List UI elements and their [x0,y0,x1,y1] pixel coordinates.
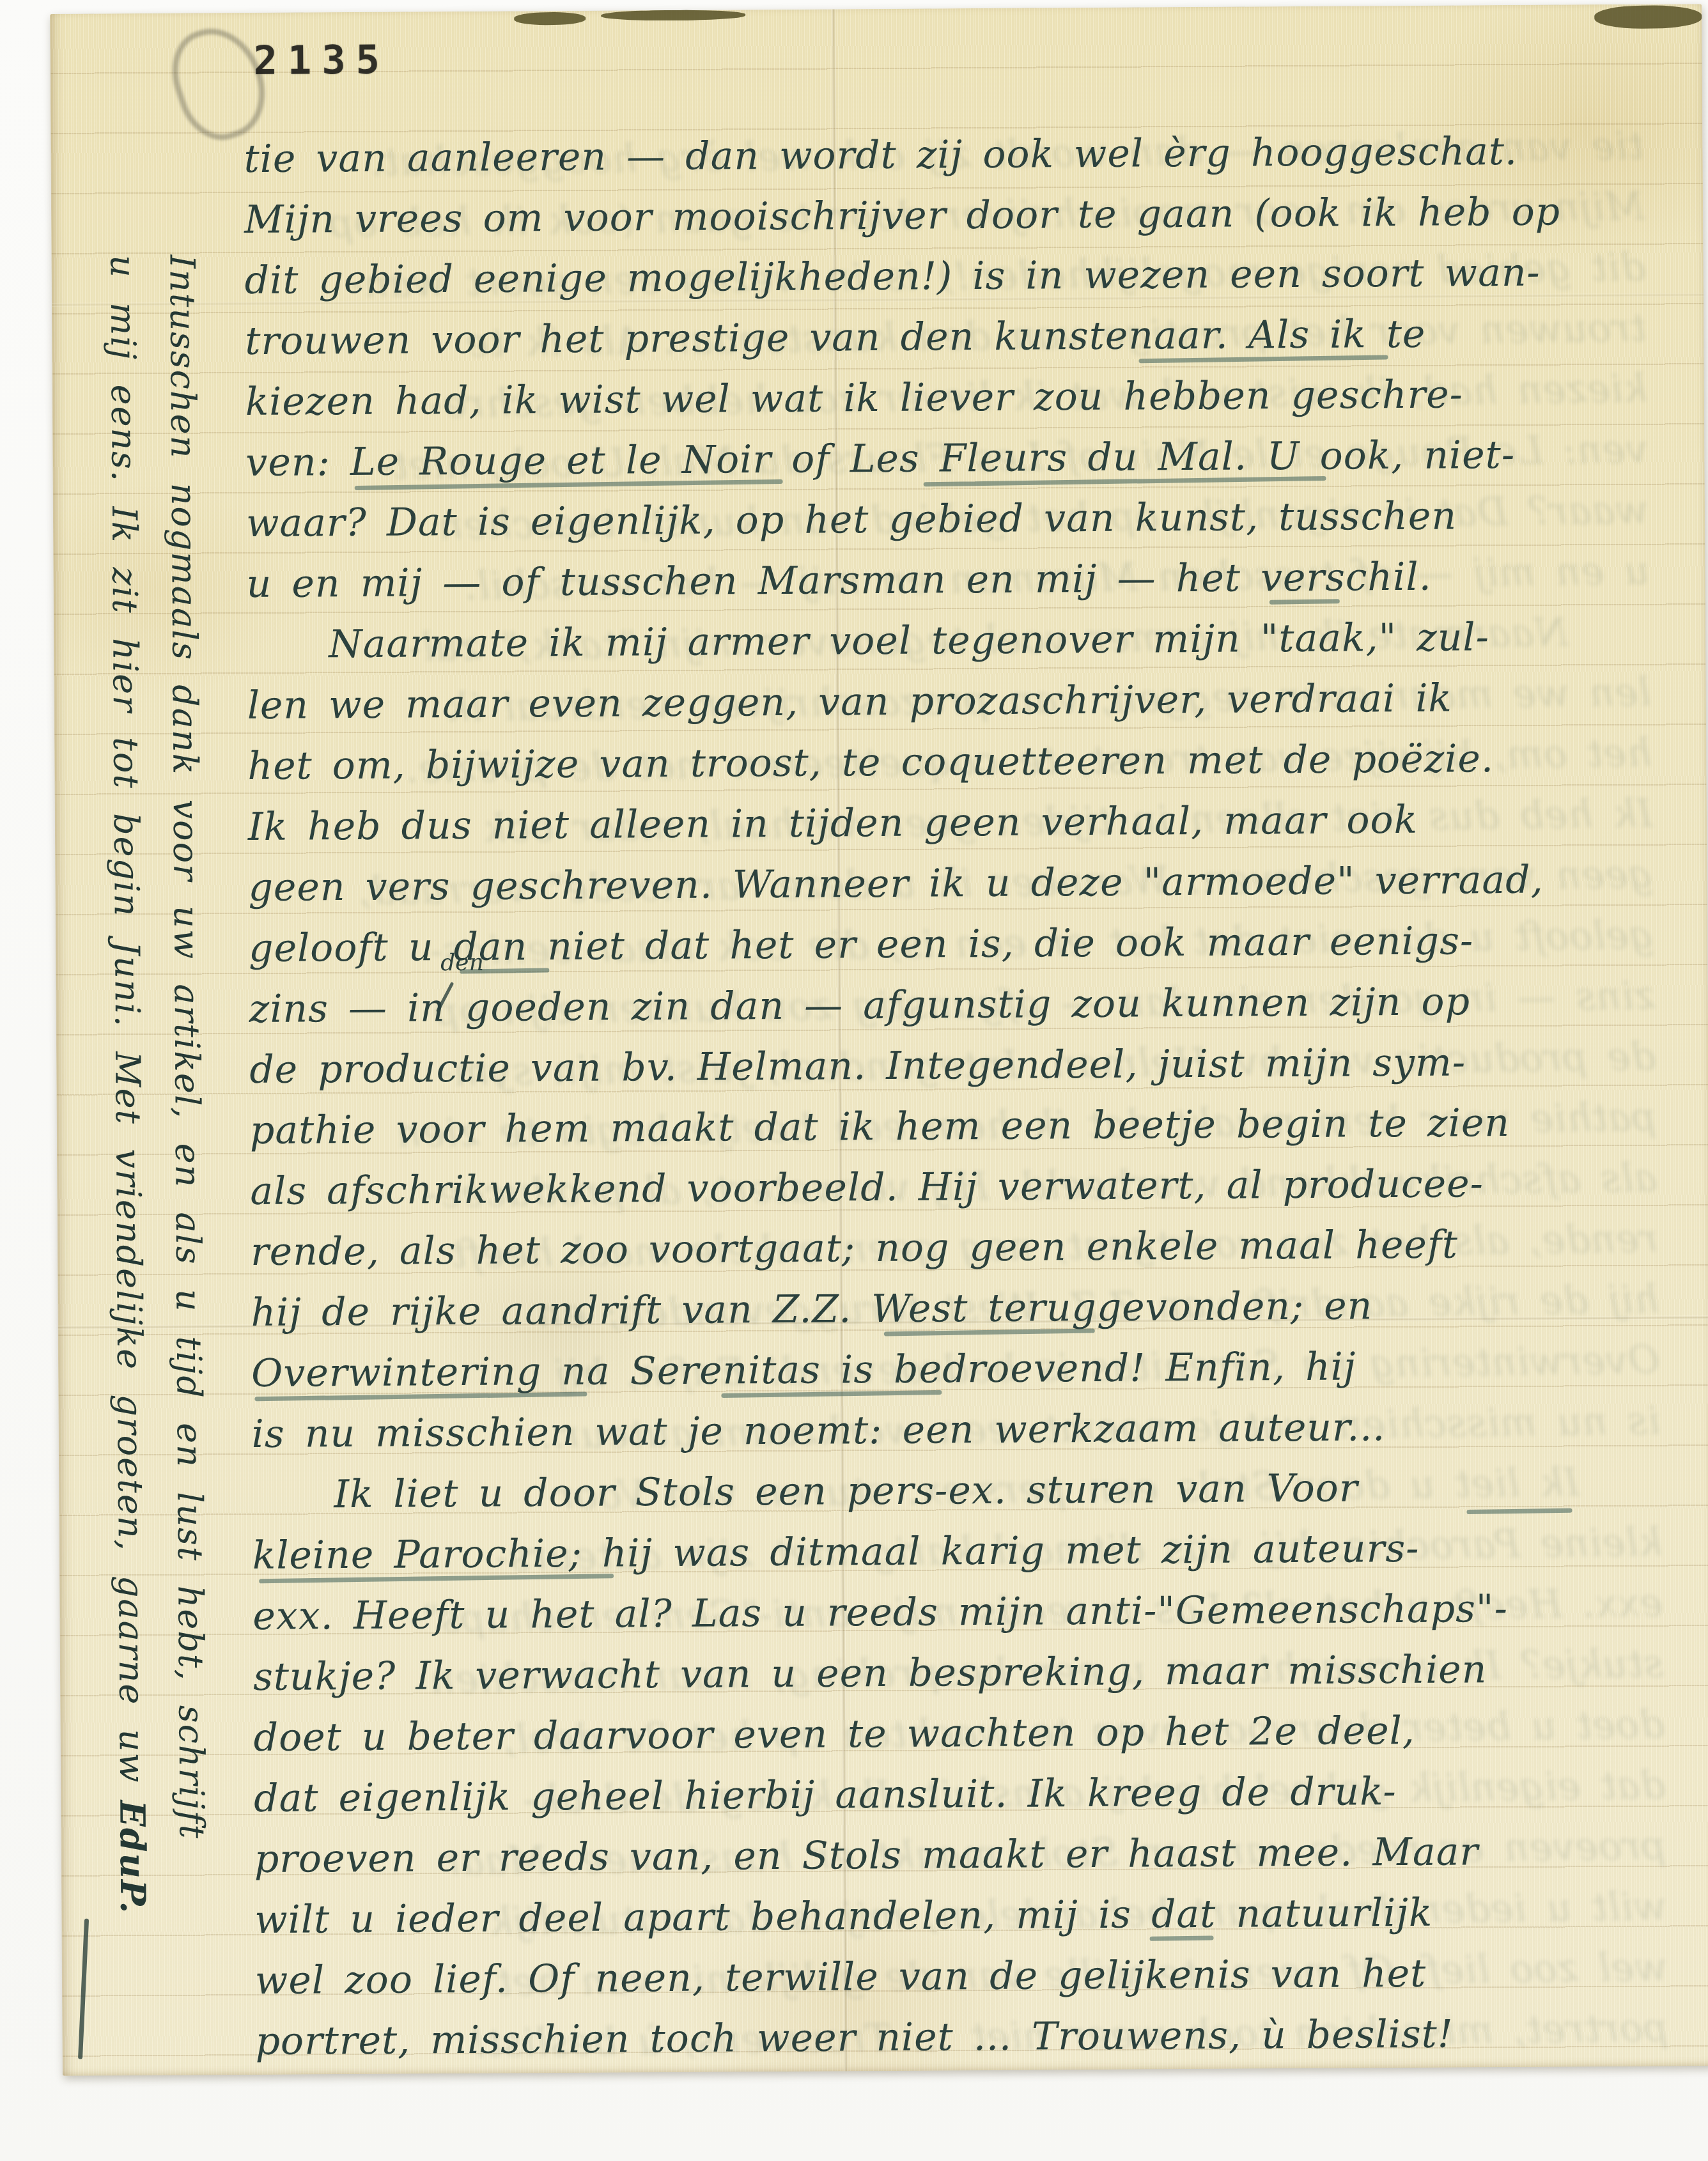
letter-line: is nu misschien wat je noemt: een werkza… [251,1396,1658,1465]
letter-line: waar? Dat is eigenlijk, op het gebied va… [246,485,1653,554]
letter-line: portret, misschien toch weer niet ... Tr… [255,2003,1662,2072]
letter-line: proeven er reeds van, en Stols maakt er … [254,1821,1661,1890]
letter-line-paragraph-start: Naarmate ik mij armer voel tegenover mij… [247,607,1654,676]
margin-line: u mij eens. Ik zit hier tot begin Juni. … [93,255,163,1994]
letter-line: Ik heb dus niet alleen in tijden geen ve… [248,789,1655,858]
letter-text: tie van aanleeren — dan wordt zij ook we… [244,121,1662,2072]
letter-page: 2135 tie van aanleeren — dan wordt zij o… [50,4,1708,2076]
archive-stamp: 2135 [253,36,390,84]
letter-line: ven: Le Rouge et le Noir of Les Fleurs d… [245,424,1652,493]
letter-line: stukje? Ik verwacht van u een bespreking… [253,1639,1660,1708]
signature-underline-stroke [78,1919,89,2059]
letter-line: kleine Parochie; hij was ditmaal karig m… [252,1517,1659,1586]
letter-line: tie van aanleeren — dan wordt zij ook we… [244,121,1650,190]
letter-line: kiezen had, ik wist wel wat ik liever zo… [245,364,1652,433]
edge-stain [514,12,586,26]
margin-note: Intusschen nogmaals dank voor uw artikel… [93,254,222,1994]
letter-line: doet u beter daarvoor even te wachten op… [253,1700,1660,1769]
letter-line: Mijn vrees om voor mooischrijver door te… [244,182,1651,251]
letter-line: trouwen voor het prestige van den kunste… [245,303,1652,372]
letter-line: Overwintering na Serenitas is bedroevend… [251,1335,1658,1404]
margin-line: Intusschen nogmaals dank voor uw artikel… [152,254,222,1994]
margin-line-text: u mij eens. Ik zit hier tot begin Juni. … [102,255,152,1784]
letter-line: geen vers geschreven. Wanneer ik u deze … [248,849,1655,918]
signature: EduP. [112,1800,153,1914]
letter-line: als afschrikwekkend voorbeeld. Hij verwa… [250,1153,1657,1222]
letter-line: hij de rijke aandrift van Z.Z. West teru… [251,1274,1658,1344]
letter-line: exx. Heeft u het al? Las u reeds mijn an… [252,1578,1659,1647]
letter-line: u en mij — of tusschen Marsman en mij — … [246,546,1653,615]
letter-line: len we maar even zeggen, van prozaschrij… [247,667,1654,736]
letter-line: zins — in goeden zin dan — afgunstig zou… [249,971,1656,1040]
letter-line: wilt u ieder deel apart behandelen, mij … [254,1882,1661,1951]
edge-stain [1594,5,1702,29]
letter-line: dat eigenlijk geheel hierbij aansluit. I… [254,1760,1661,1829]
interlinear-insertion: den [440,950,484,976]
letter-line: wel zoo lief. Of neen, terwille van de g… [255,1942,1662,2011]
letter-line: het om, bijwijze van troost, te coquette… [247,728,1654,797]
letter-line: pathie voor hem maakt dat ik hem een bee… [250,1092,1657,1161]
edge-stain [601,10,745,20]
letter-line: rende, als het zoo voortgaat; nog geen e… [251,1214,1658,1283]
letter-line-paragraph-start: Ik liet u door Stols een pers-ex. sturen… [252,1457,1659,1526]
letter-line: dit gebied eenige mogelijkheden!) is in … [244,242,1651,311]
letter-line: de productie van bv. Helman. Integendeel… [249,1032,1656,1101]
